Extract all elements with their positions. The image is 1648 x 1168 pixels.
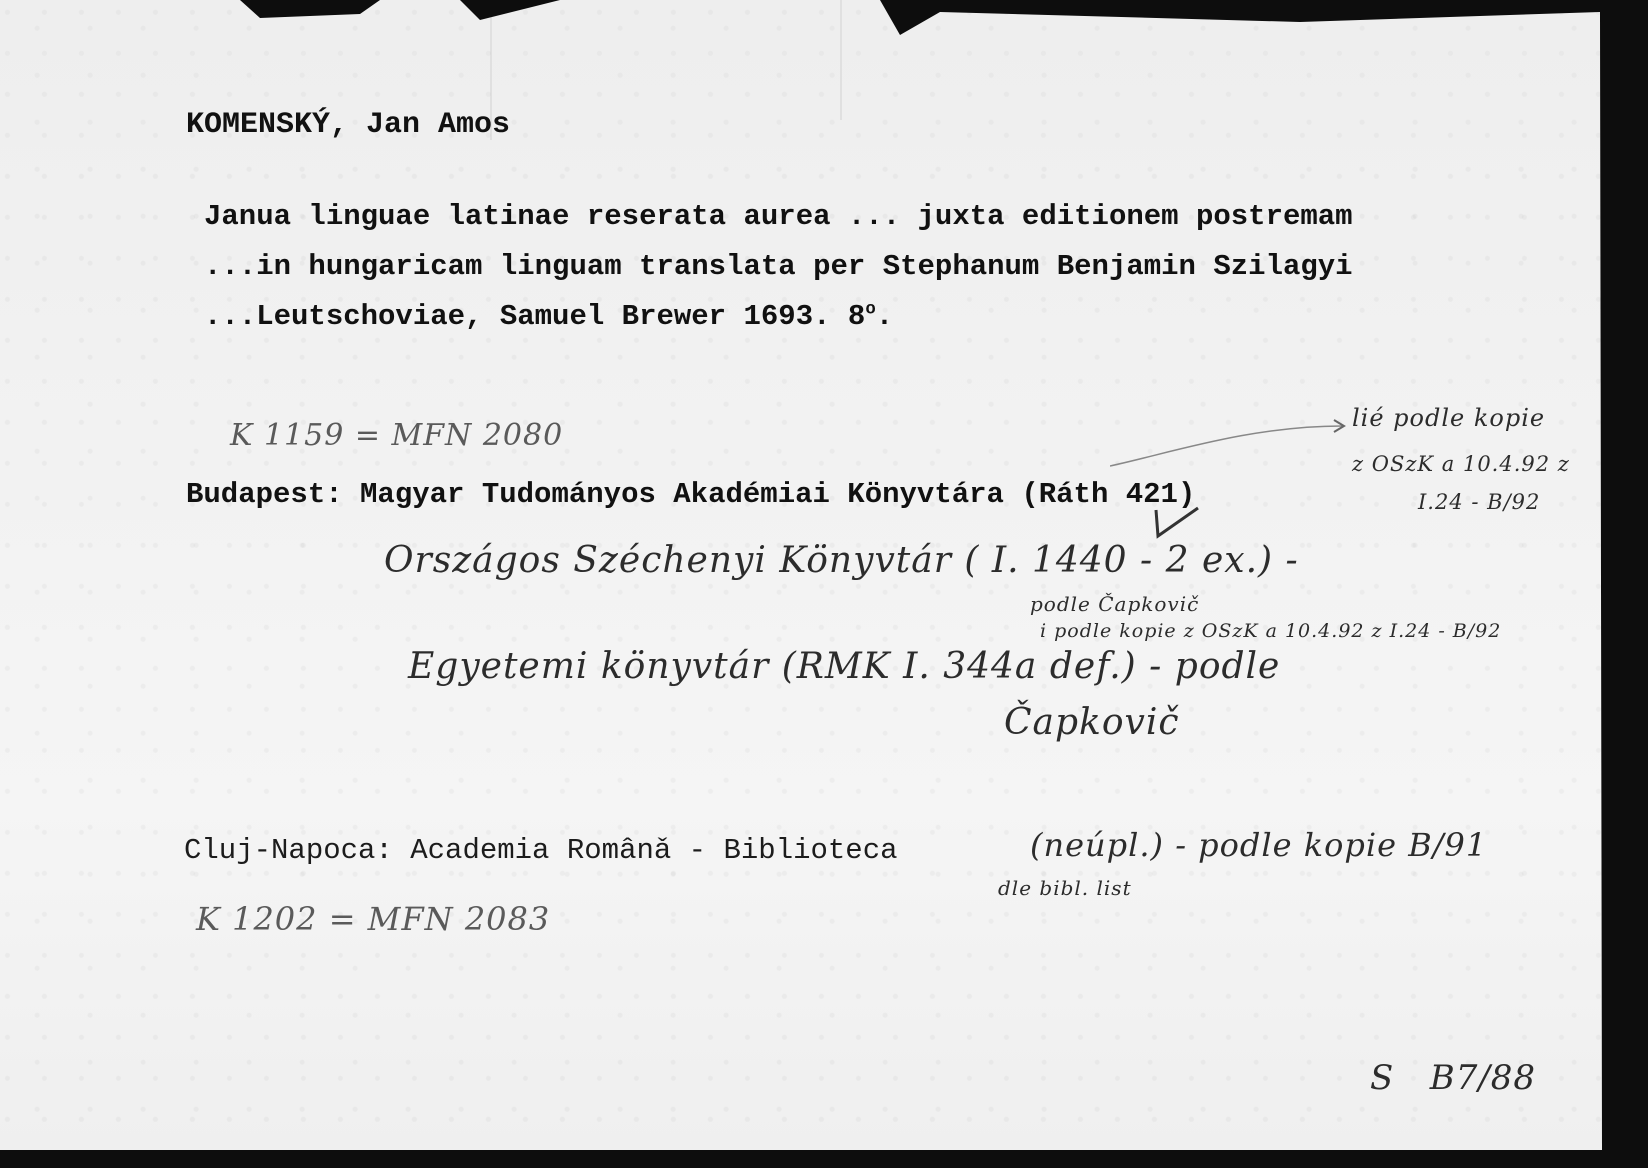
imprint-text: ...Leutschoviae, Samuel Brewer 1693. 8: [204, 300, 865, 333]
holding-oszk: Országos Széchenyi Könyvtár ( I. 1440 - …: [384, 540, 1299, 581]
interlinear-note: i podle kopie z OSzK a 10.4.92 z I.24 - …: [1040, 620, 1501, 642]
side-note-line-2: z OSzK a 10.4.92 z: [1352, 452, 1570, 476]
title-line-1: Janua linguae latinae reserata aurea ...…: [204, 200, 1353, 233]
holding-egyetemi: Egyetemi könyvtár (RMK I. 344a def.) - p…: [408, 646, 1280, 687]
paper-crease: [840, 0, 842, 120]
side-note-line-3: I.24 - B/92: [1418, 490, 1540, 514]
title-line-3: ...Leutschoviae, Samuel Brewer 1693. 8o.: [204, 300, 893, 333]
author-heading: KOMENSKÝ, Jan Amos: [186, 108, 510, 142]
cluj-note: (neúpl.) - podle kopie B/91: [1030, 826, 1487, 864]
title-line-2: ...in hungaricam linguam translata per S…: [204, 250, 1353, 283]
checkmark-icon: [1152, 502, 1202, 542]
format-suffix: .: [876, 300, 893, 333]
interlinear-note-top: podle Čapkovič: [1030, 592, 1199, 616]
cluj-location: Cluj-Napoca: Academia Românǎ - Bibliotec…: [184, 834, 898, 867]
format-superscript: o: [865, 300, 875, 319]
cluj-subnote: dle bibl. list: [998, 876, 1132, 900]
side-note-line-1: lié podle kopie: [1352, 404, 1545, 432]
corner-mark: S B7/88: [1370, 1058, 1536, 1098]
budapest-location: Budapest: Magyar Tudományos Akadémiai Kö…: [186, 478, 1195, 511]
catalog-card: KOMENSKÝ, Jan Amos Janua linguae latinae…: [0, 0, 1602, 1150]
arrow-icon: [1110, 418, 1350, 468]
budapest-shelf-note: K 1159 = MFN 2080: [230, 418, 563, 453]
holding-capkovic: Čapkovič: [1004, 702, 1180, 743]
cluj-shelf-note: K 1202 = MFN 2083: [196, 900, 550, 938]
